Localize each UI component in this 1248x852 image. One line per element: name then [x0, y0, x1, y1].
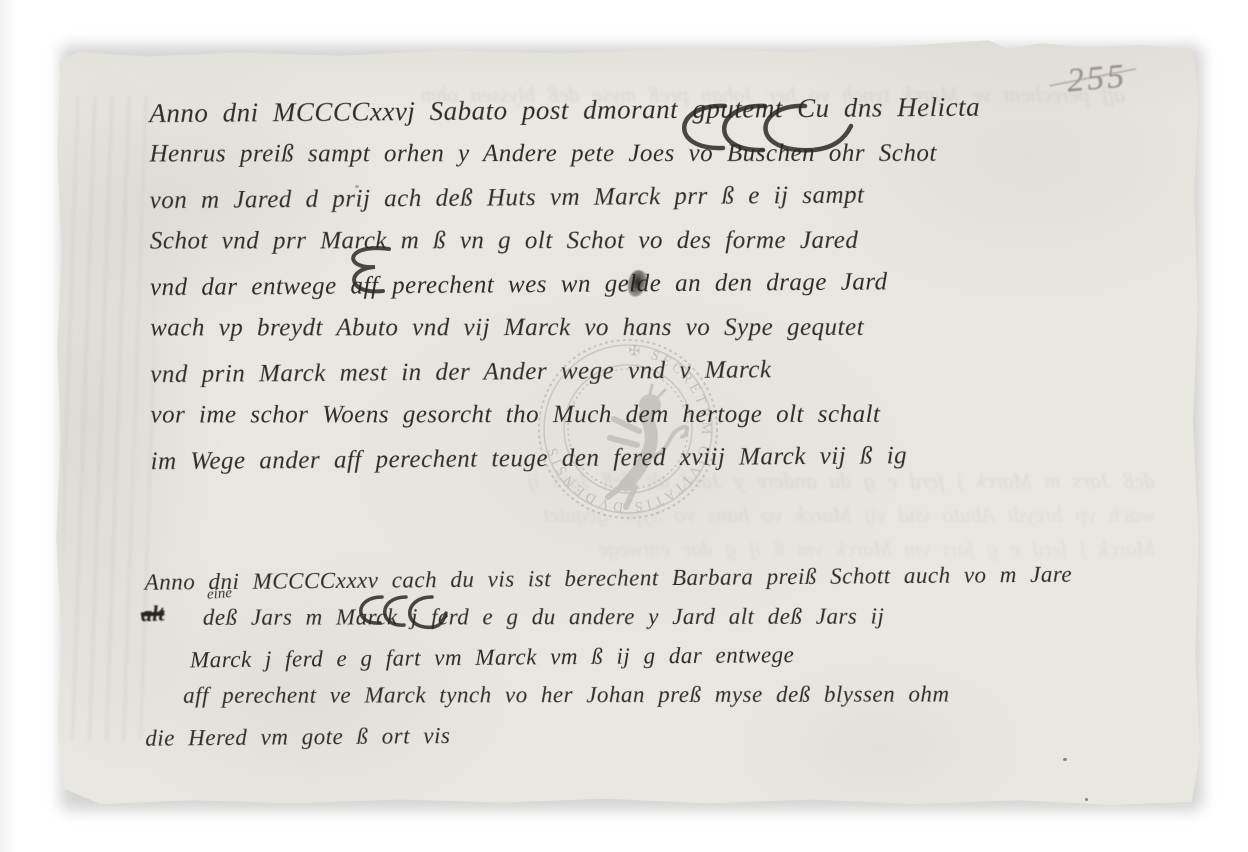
- manuscript-scan: aff perechent ve Marck tynch vo her Joha…: [0, 0, 1248, 852]
- verso-bleedthrough-column: [63, 96, 155, 741]
- verso-bleedthrough-line: wach vp breydt Abuto vnd vij Marck vo ha…: [305, 502, 1155, 528]
- manuscript-line: Marck j ferd e g fart vm Marck vm ß ij g…: [190, 631, 1210, 679]
- manuscript-line: Anno dni MCCCCxxvj Sabato post dmorant g…: [149, 84, 1199, 136]
- paragraph-2: Anno dni MCCCCxxxv cach du vis ist berec…: [145, 556, 1211, 756]
- struck-out-word: alt: [141, 601, 165, 628]
- manuscript-line: deß Jars m Marck j ferd e g du andere y …: [203, 596, 1210, 637]
- interline-insertion: eine: [206, 585, 232, 604]
- manuscript-line: Schot vnd prr Marck m ß vn g olt Schot v…: [150, 218, 1200, 262]
- manuscript-line: vnd dar entwege aff perechent wes wn gel…: [150, 258, 1200, 310]
- manuscript-line: die Hered vm gote ß ort vis: [145, 709, 1210, 757]
- manuscript-line: im Wege ander aff perechent teuge den fe…: [150, 432, 1200, 484]
- paper-speck: [355, 185, 359, 188]
- manuscript-line: wach vp breydt Abuto vnd vij Marck vo ha…: [150, 305, 1200, 349]
- manuscript-line: aff perechent ve Marck tynch vo her Joha…: [183, 674, 1210, 715]
- manuscript-line: vor ime schor Woens gesorcht tho Much de…: [150, 392, 1200, 436]
- manuscript-line: vnd prin Marck mest in der Ander wege vn…: [150, 345, 1200, 397]
- paper-speck: [1085, 798, 1088, 801]
- manuscript-line: Henrus preiß sampt orhen y Andere pete J…: [150, 131, 1200, 175]
- paper-speck: [1063, 758, 1067, 761]
- manuscript-page: aff perechent ve Marck tynch vo her Joha…: [55, 38, 1201, 808]
- paragraph-1: Anno dni MCCCCxxvj Sabato post dmorant g…: [149, 86, 1200, 481]
- manuscript-line: Anno dni MCCCCxxxv cach du vis ist berec…: [145, 553, 1210, 601]
- manuscript-line: von m Jared d prij ach deß Huts vm Marck…: [150, 171, 1200, 223]
